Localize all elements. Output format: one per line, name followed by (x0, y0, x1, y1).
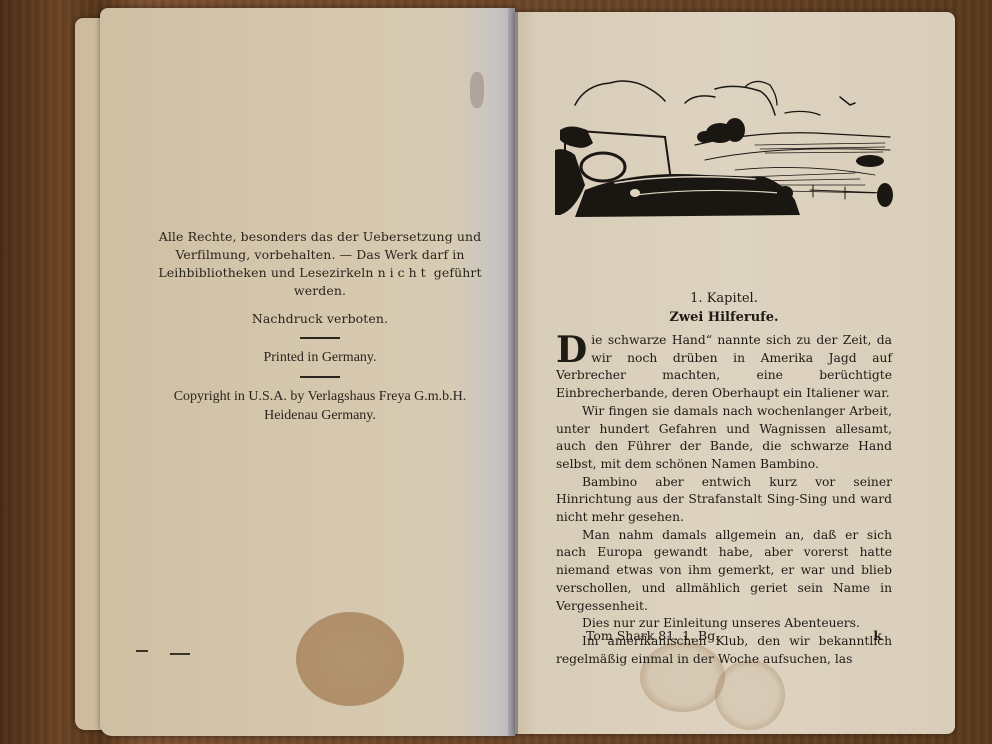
copyright-line-1: Copyright in U.S.A. by Verlagshaus Freya… (140, 387, 500, 406)
drop-cap: D (556, 334, 587, 366)
pencil-mark (170, 653, 190, 655)
printed-in: Printed in Germany. (140, 348, 500, 367)
coffee-stain-right-2 (715, 660, 785, 730)
rights-emphasis: nicht (378, 265, 430, 280)
paragraph: Die schwarze Hand“ nannte sich zu der Ze… (556, 332, 892, 403)
divider (300, 337, 340, 339)
chapter-number: 1. Kapitel. (556, 290, 892, 308)
coffee-stain-left (296, 612, 404, 706)
chapter-title: Zwei Hilferufe. (556, 308, 892, 328)
divider (300, 376, 340, 378)
rights-notice: Alle Rechte, besonders das der Uebersetz… (150, 228, 490, 300)
chapter-text: 1. Kapitel. Zwei Hilferufe. Die schwarze… (556, 290, 892, 668)
pencil-mark (136, 650, 148, 652)
car-landscape-illustration (555, 75, 895, 220)
paragraph: Wir fingen sie damals nach wochenlanger … (556, 403, 892, 474)
copyright-line-2: Heidenau Germany. (140, 406, 500, 425)
paragraph: Bambino aber entwich kurz vor seiner Hin… (556, 474, 892, 527)
book-spine (508, 8, 518, 736)
signature-mark: k (873, 628, 882, 643)
reprint-notice: Nachdruck verboten. (140, 310, 500, 328)
imprint-block: Alle Rechte, besonders das der Uebersetz… (140, 228, 500, 425)
signature-line: Tom Shark 81. 1. Bg. k (586, 628, 882, 643)
paragraph: Man nahm damals allgemein an, daß er sic… (556, 527, 892, 616)
signature: Tom Shark 81. 1. Bg. (586, 628, 719, 643)
small-stain (470, 72, 484, 108)
